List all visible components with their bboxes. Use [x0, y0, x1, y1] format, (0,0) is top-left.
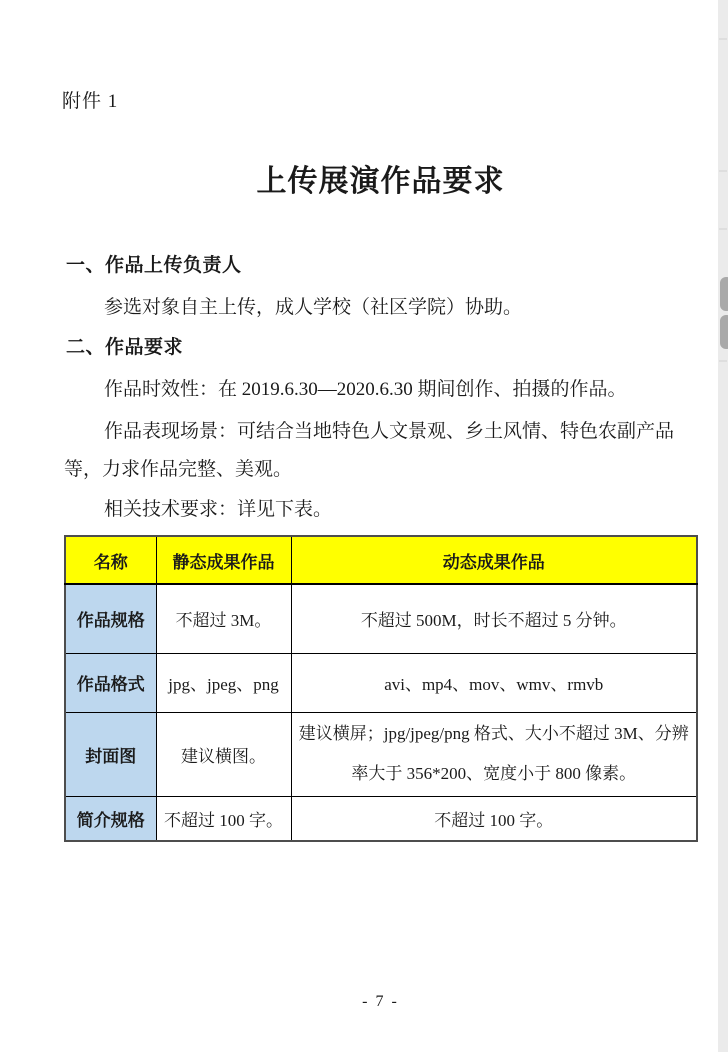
static-value: jpg、jpeg、png	[156, 653, 291, 712]
header-name: 名称	[65, 536, 156, 584]
page-number: - 7 -	[64, 993, 697, 1011]
static-value: 不超过 3M。	[156, 584, 291, 653]
section-heading-1: 一、作品上传负责人	[66, 254, 700, 278]
document-page: 附件 1 上传展演作品要求 一、作品上传负责人 参选对象自主上传，成人学校（社区…	[0, 0, 728, 1052]
scrollbar-mark	[719, 228, 727, 230]
paragraph-line: 相关技术要求：详见下表。	[64, 498, 698, 522]
paragraph-line: 等，力求作品完整、美观。	[64, 458, 698, 482]
row-label: 作品规格	[65, 584, 156, 653]
dynamic-value: avi、mp4、mov、wmv、rmvb	[291, 653, 697, 712]
scrollbar-thumb-button[interactable]	[720, 277, 728, 311]
paragraph-line: 参选对象自主上传，成人学校（社区学院）协助。	[64, 296, 698, 320]
requirements-table: 名称 静态成果作品 动态成果作品 作品规格 不超过 3M。 不超过 500M，时…	[64, 535, 698, 842]
static-value: 建议横图。	[156, 712, 291, 796]
attachment-label: 附件 1	[62, 86, 118, 113]
table-header-row: 名称 静态成果作品 动态成果作品	[65, 536, 697, 584]
header-static: 静态成果作品	[156, 536, 291, 584]
table-row: 作品规格 不超过 3M。 不超过 500M，时长不超过 5 分钟。	[65, 584, 697, 653]
row-label: 简介规格	[65, 796, 156, 841]
table-row: 作品格式 jpg、jpeg、png avi、mp4、mov、wmv、rmvb	[65, 653, 697, 712]
scrollbar-thumb-button[interactable]	[720, 315, 728, 349]
dynamic-value: 不超过 500M，时长不超过 5 分钟。	[291, 584, 697, 653]
scrollbar-mark	[719, 38, 727, 40]
section-heading-2: 二、作品要求	[66, 336, 700, 360]
page-title: 上传展演作品要求	[64, 156, 697, 200]
dynamic-value: 不超过 100 字。	[291, 796, 697, 841]
paragraph-line: 作品时效性：在 2019.6.30—2020.6.30 期间创作、拍摄的作品。	[64, 378, 698, 402]
dynamic-value: 建议横屏；jpg/jpeg/png 格式、大小不超过 3M、分辨率大于 356*…	[291, 712, 697, 796]
scrollbar-mark	[719, 360, 727, 362]
header-dynamic: 动态成果作品	[291, 536, 697, 584]
scrollbar-mark	[719, 170, 727, 172]
row-label: 封面图	[65, 712, 156, 796]
scrollbar-track[interactable]	[718, 0, 728, 1052]
table-row: 简介规格 不超过 100 字。 不超过 100 字。	[65, 796, 697, 841]
static-value: 不超过 100 字。	[156, 796, 291, 841]
table-row: 封面图 建议横图。 建议横屏；jpg/jpeg/png 格式、大小不超过 3M、…	[65, 712, 697, 796]
paragraph-line: 作品表现场景：可结合当地特色人文景观、乡土风情、特色农副产品	[64, 420, 698, 444]
row-label: 作品格式	[65, 653, 156, 712]
